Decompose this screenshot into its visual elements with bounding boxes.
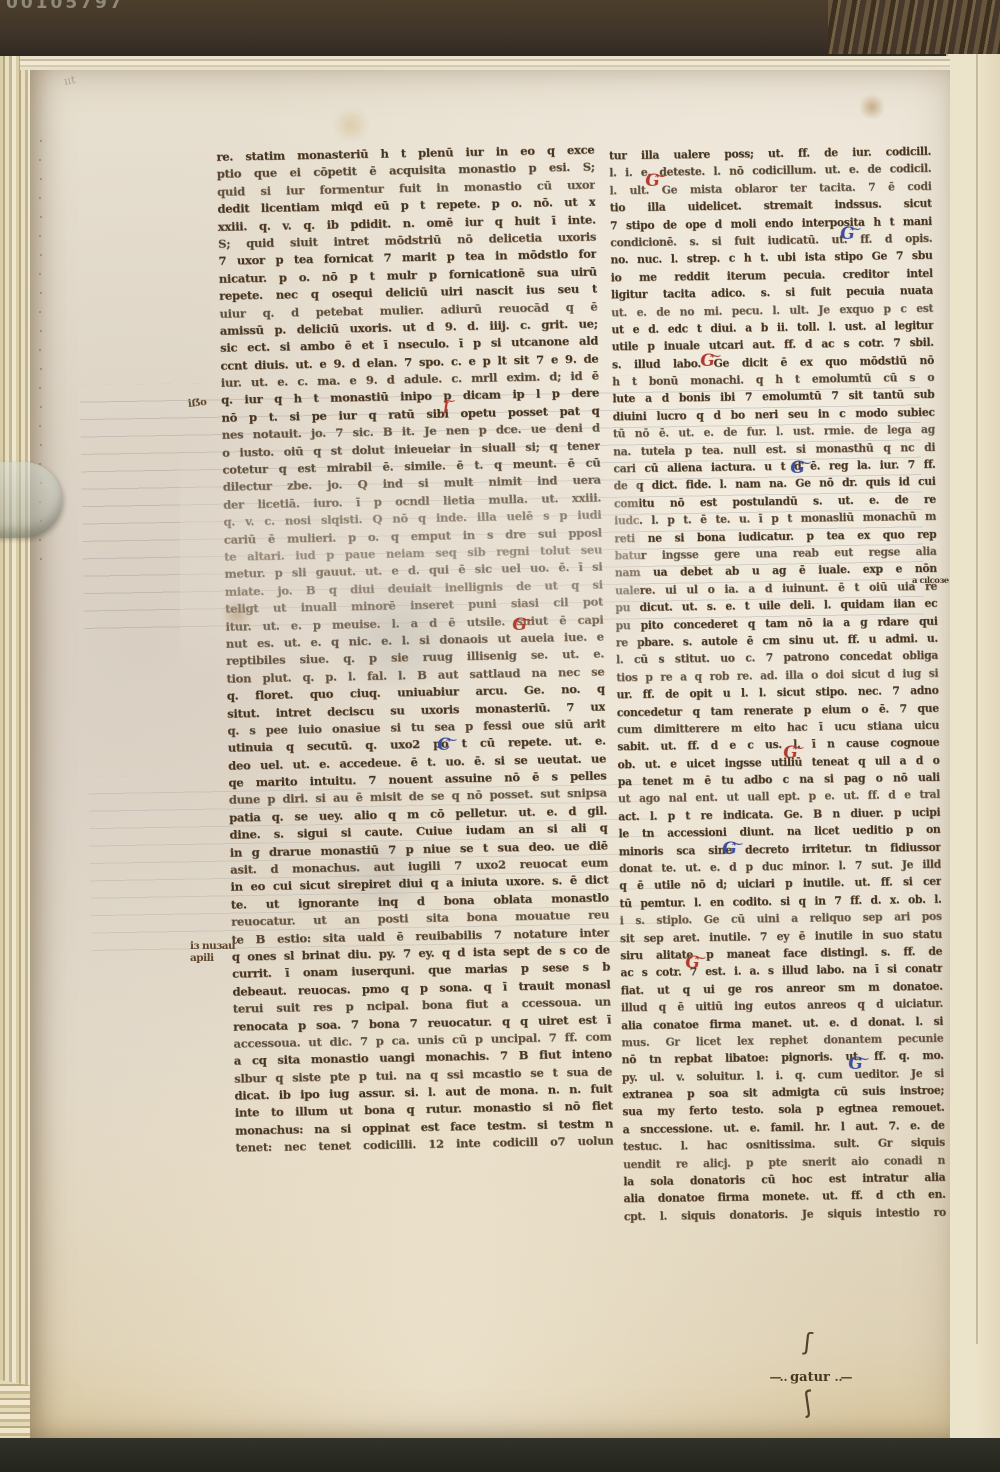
catchword-row: —‥ gatur ‥—	[720, 1370, 900, 1385]
catchword-text: gatur	[790, 1370, 830, 1385]
marginal-note-left-upper: iẞo	[187, 397, 206, 410]
fore-edge-pages	[946, 54, 1000, 1442]
paraph-initial-blue: G	[847, 1057, 864, 1072]
headband-braid-texture	[828, 0, 1000, 54]
paraph-initial-red: G	[511, 618, 528, 633]
round-stain	[858, 95, 886, 119]
catchword-flourish-left: —‥	[769, 1370, 785, 1384]
marginal-note-line: apili	[190, 952, 235, 964]
pricking-hole	[40, 292, 42, 294]
pricking-hole	[40, 216, 42, 218]
paraph-initial-blue: C	[436, 738, 452, 753]
pricking-hole	[39, 425, 41, 427]
catchword-flourish-right: ‥—	[834, 1370, 850, 1384]
pencil-mark: ııt	[63, 73, 77, 88]
pricking-hole	[39, 349, 41, 351]
fore-edge-crease-line	[976, 54, 978, 1344]
paraph-initial-red: G	[644, 174, 661, 189]
marginal-note-right-edge: a cılcoɜe	[912, 576, 949, 586]
marginal-note-line: iɜ nuɜau	[190, 940, 235, 952]
paraph-initial-blue: G	[789, 461, 806, 476]
text-line: cpt. l. siquis donatoris. Je siquis inte…	[624, 1204, 946, 1226]
pricking-hole	[40, 558, 42, 560]
catchword-flourish-bottom: ʃ	[802, 1385, 815, 1419]
pricking-hole	[40, 406, 42, 408]
catchword: ʃ —‥ gatur ‥— ʃ	[720, 1332, 900, 1442]
pricking-hole	[39, 197, 41, 199]
text-column-right: tur illa ualere poss; ut. ff. de iur. co…	[609, 143, 945, 1161]
photo-background-bottom	[0, 1438, 1000, 1472]
pricking-hole	[40, 254, 42, 256]
parchment-leaf: ııt re. statim monasteriū h t plenū iur …	[30, 70, 950, 1438]
pricking-hole	[40, 178, 42, 180]
pricking-hole	[39, 539, 41, 541]
paraph-initial-red: G	[684, 956, 701, 971]
pricking-hole	[39, 311, 41, 313]
marginal-note-left-lower: iɜ nuɜau apili	[190, 940, 235, 964]
manuscript-photo: 00105797 ııt re. statim monasteriū h t p…	[0, 0, 1000, 1472]
pricking-hole	[40, 140, 42, 142]
paraph-initial-blue: G	[721, 842, 738, 857]
pricking-hole	[40, 368, 42, 370]
pricking-hole	[39, 387, 41, 389]
faint-stain	[330, 110, 372, 140]
pricking-hole	[40, 330, 42, 332]
paraph-initial-red: G	[699, 354, 716, 369]
pricking-hole	[40, 444, 42, 446]
pricking-hole	[39, 235, 41, 237]
catchword-flourish-top: ʃ	[803, 1328, 814, 1357]
paraph-initial-blue: G	[839, 227, 856, 242]
digitization-stamp-number: 00105797	[6, 0, 125, 13]
text-column-left: re. statim monasteriū h t plenū iur in e…	[216, 141, 613, 1162]
pricking-hole	[39, 159, 41, 161]
paraph-initial-red: G	[782, 746, 799, 761]
leaf-top-stacked-edges	[20, 56, 950, 70]
pricking-hole	[39, 273, 41, 275]
